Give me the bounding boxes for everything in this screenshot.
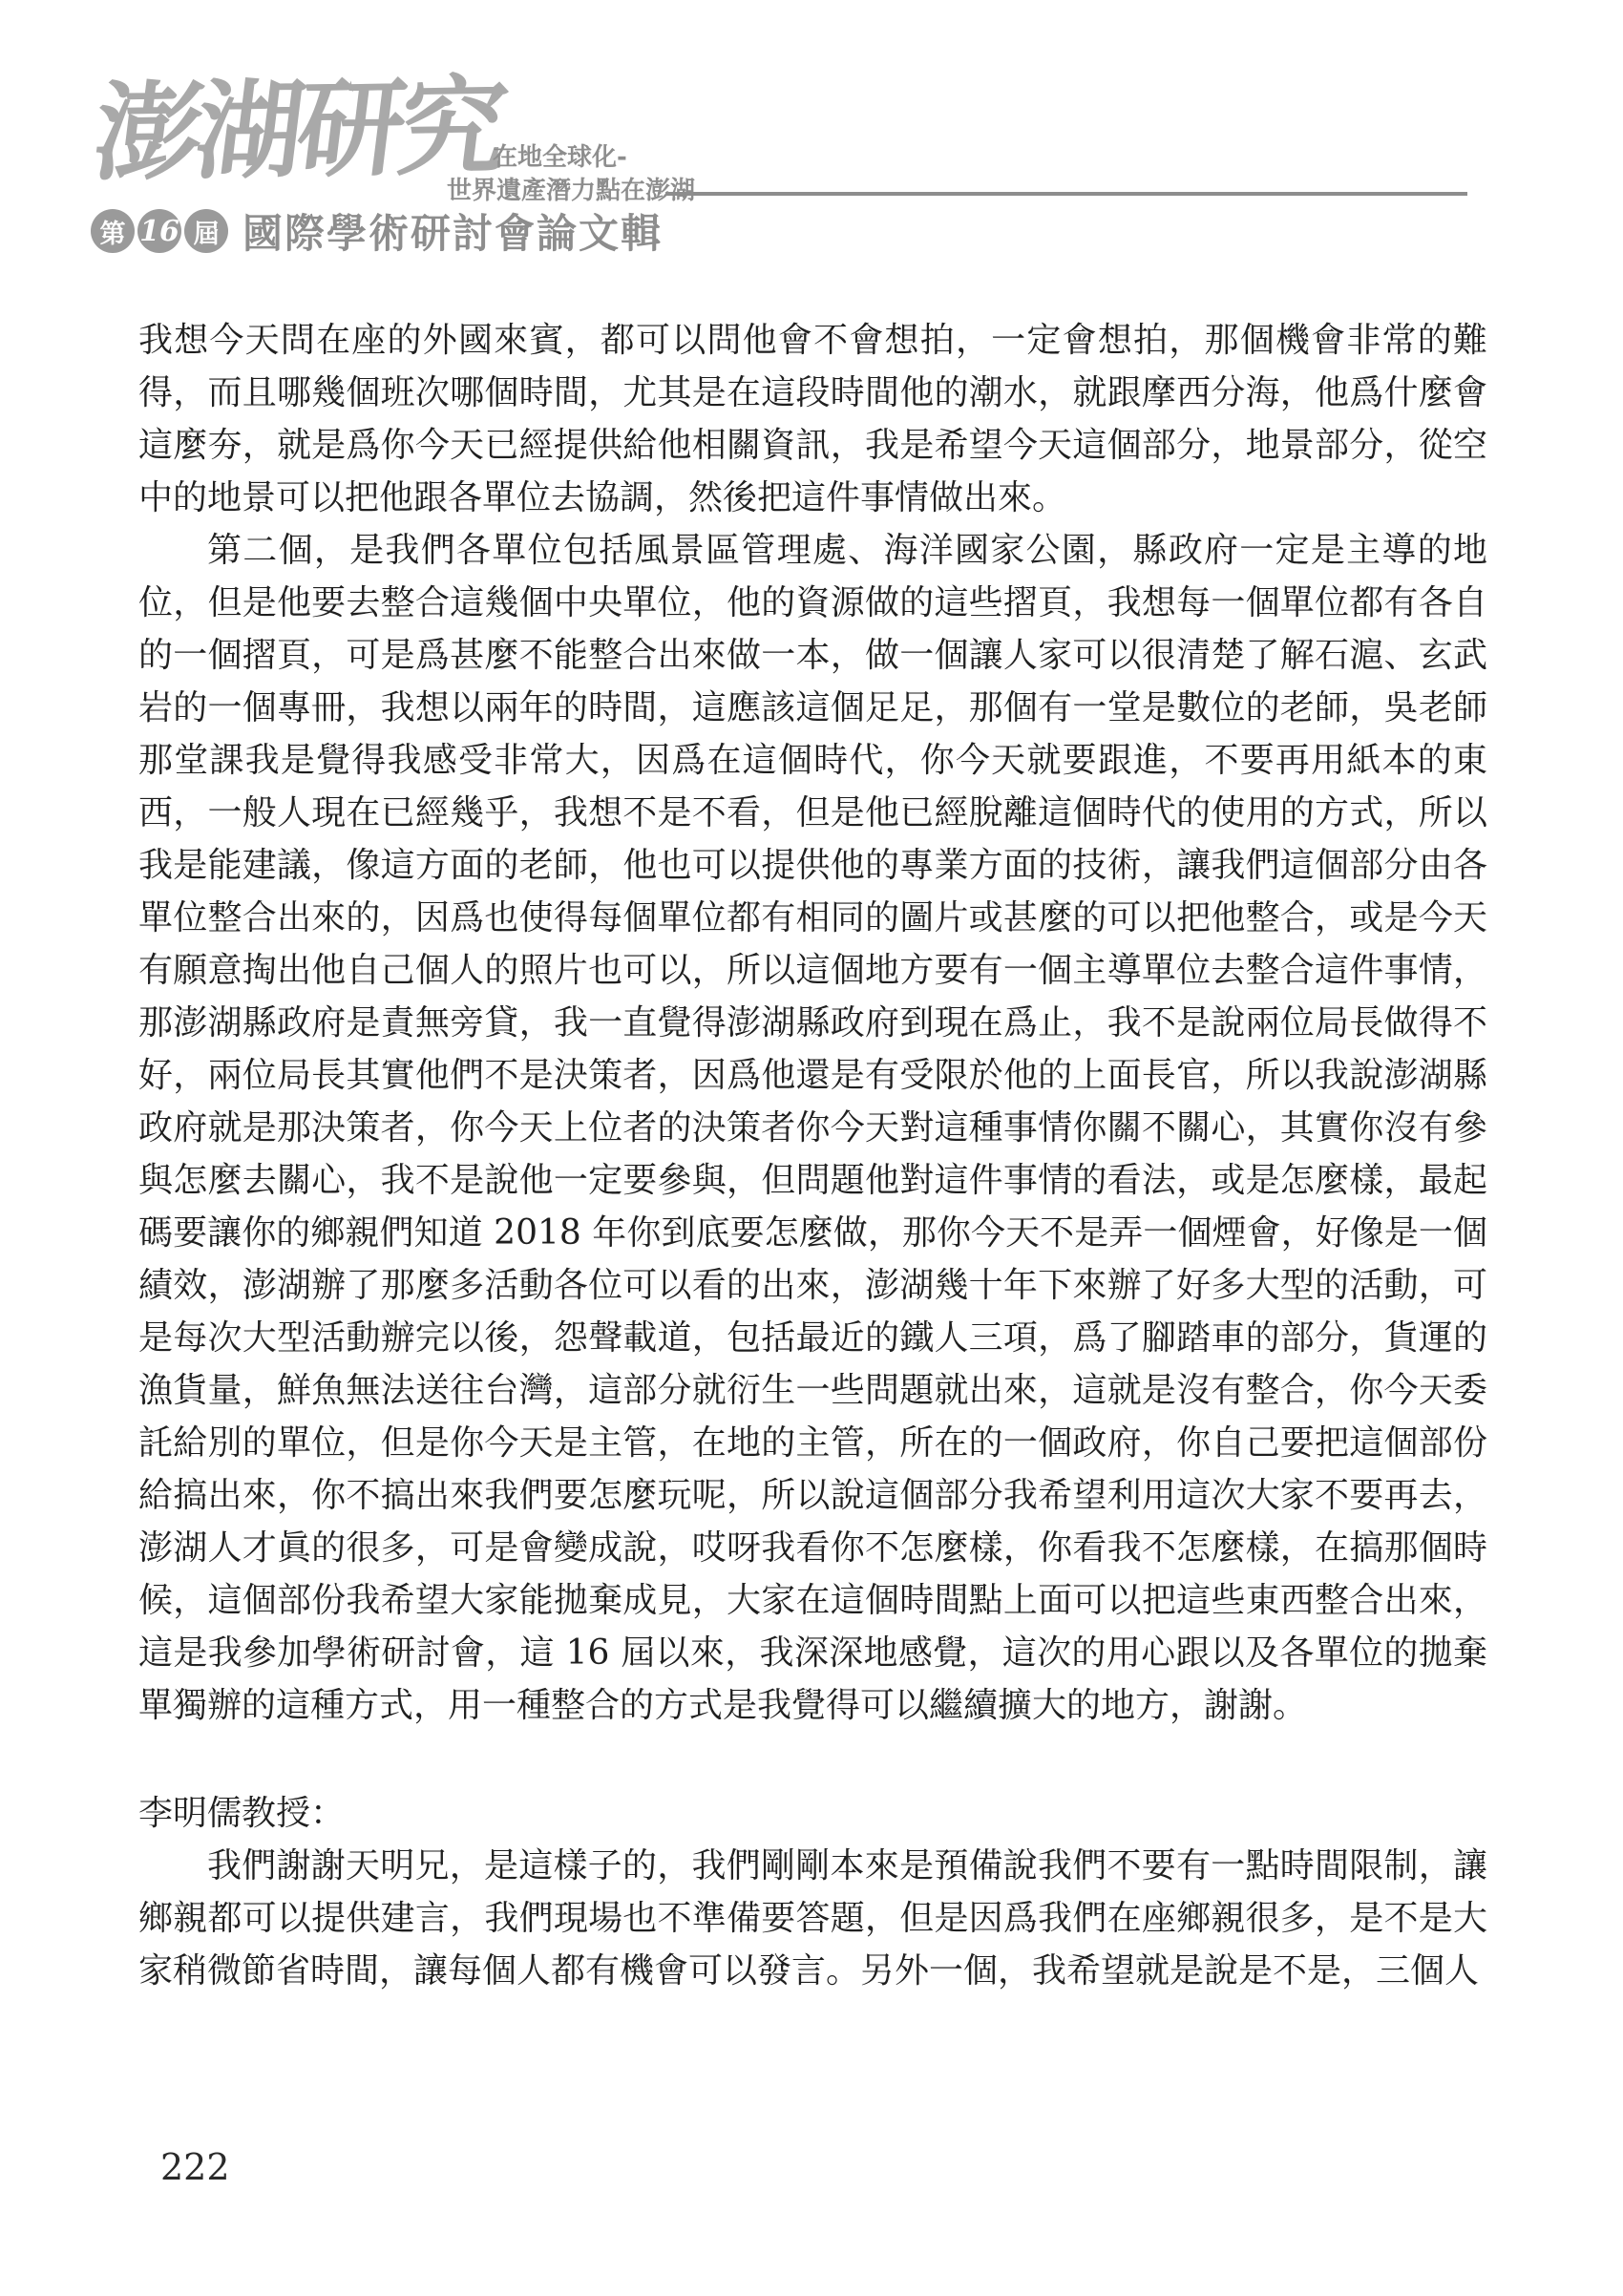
edition-circle-last: 屆 [184, 209, 228, 253]
speaker-heading: 李明儒教授： [138, 1787, 1487, 1840]
paragraph: 我想今天問在座的外國來賓，都可以問他會不會想拍，一定會想拍，那個機會非常的難得，… [138, 314, 1487, 524]
page-number: 222 [160, 2146, 230, 2188]
paragraph: 我們謝謝天明兄，是這樣子的，我們剛剛本來是預備說我們不要有一點時間限制，讓鄉親都… [138, 1840, 1487, 1997]
subtitle-line1: 在地全球化- [447, 141, 695, 175]
edition-badge: 第 16 屆 國際學術研討會論文輯 [91, 202, 663, 260]
edition-title: 國際學術研討會論文輯 [242, 202, 663, 260]
body-text: 我想今天問在座的外國來賓，都可以問他會不會想拍，一定會想拍，那個機會非常的難得，… [138, 314, 1487, 1997]
edition-circle-number: 16 [137, 209, 181, 253]
paragraph: 第二個，是我們各單位包括風景區管理處、海洋國家公園，縣政府一定是主導的地位，但是… [138, 524, 1487, 1732]
logo-subtitle: 在地全球化- 世界遺產潛力點在澎湖 [447, 141, 695, 208]
header-rule [665, 192, 1467, 196]
document-page: 澎湖研究 在地全球化- 世界遺產潛力點在澎湖 第 16 屆 國際學術研討會論文輯… [0, 0, 1623, 2296]
edition-circle-first: 第 [91, 209, 135, 253]
